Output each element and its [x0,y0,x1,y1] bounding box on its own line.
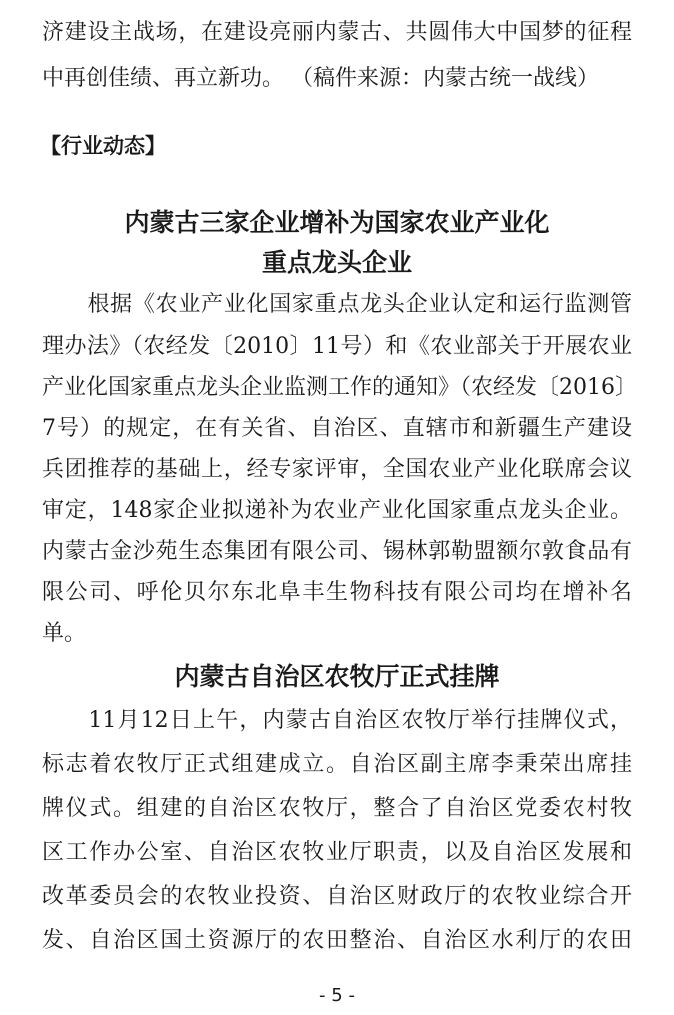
article-body-line: 理办法》（农经发〔2010〕11号）和《农业部关于开展农业 [42,332,632,362]
article-body-line: 内蒙古金沙苑生态集团有限公司、锡林郭勒盟额尔敦食品有 [42,537,632,567]
intro-line: 中再创佳绩、再立新功。 （稿件来源：内蒙古统一战线） [42,64,632,94]
article-body-line: 区工作办公室、自治区农牧业厅职责，以及自治区发展和 [42,838,632,868]
article-body-line: 标志着农牧厅正式组建成立。自治区副主席李秉荣出席挂 [42,750,632,780]
article-body-line: 发、自治区国土资源厅的农田整治、自治区水利厅的农田 [42,926,632,956]
article-body-line: 改革委员会的农牧业投资、自治区财政厅的农牧业综合开 [42,882,632,912]
article-body-line: 11月12日上午，内蒙古自治区农牧厅举行挂牌仪式， [42,706,632,736]
article-title: 内蒙古自治区农牧厅正式挂牌 [0,660,674,694]
article-title: 内蒙古三家企业增补为国家农业产业化 [0,206,674,240]
article-body-line: 限公司、呼伦贝尔东北阜丰生物科技有限公司均在增补名 [42,578,632,608]
article-body-line: 兵团推荐的基础上，经专家评审，全国农业产业化联席会议 [42,455,632,485]
intro-line: 济建设主战场，在建设亮丽内蒙古、共圆伟大中国梦的征程 [42,18,632,48]
article-body-line: 单。 [42,619,632,649]
article-body-line: 7号）的规定，在有关省、自治区、直辖市和新疆生产建设 [42,414,632,444]
article-body-line: 根据《农业产业化国家重点龙头企业认定和运行监测管 [42,290,632,320]
article-body-line: 审定，148家企业拟递补为农业产业化国家重点龙头企业。 [42,496,632,526]
article-body-line: 牌仪式。组建的自治区农牧厅，整合了自治区党委农村牧 [42,794,632,824]
page-number: - 5 - [0,985,674,1006]
article-title: 重点龙头企业 [0,246,674,280]
section-label: 【行业动态】 [40,130,166,160]
article-body-line: 产业化国家重点龙头企业监测工作的通知》（农经发〔2016〕 [42,373,632,403]
